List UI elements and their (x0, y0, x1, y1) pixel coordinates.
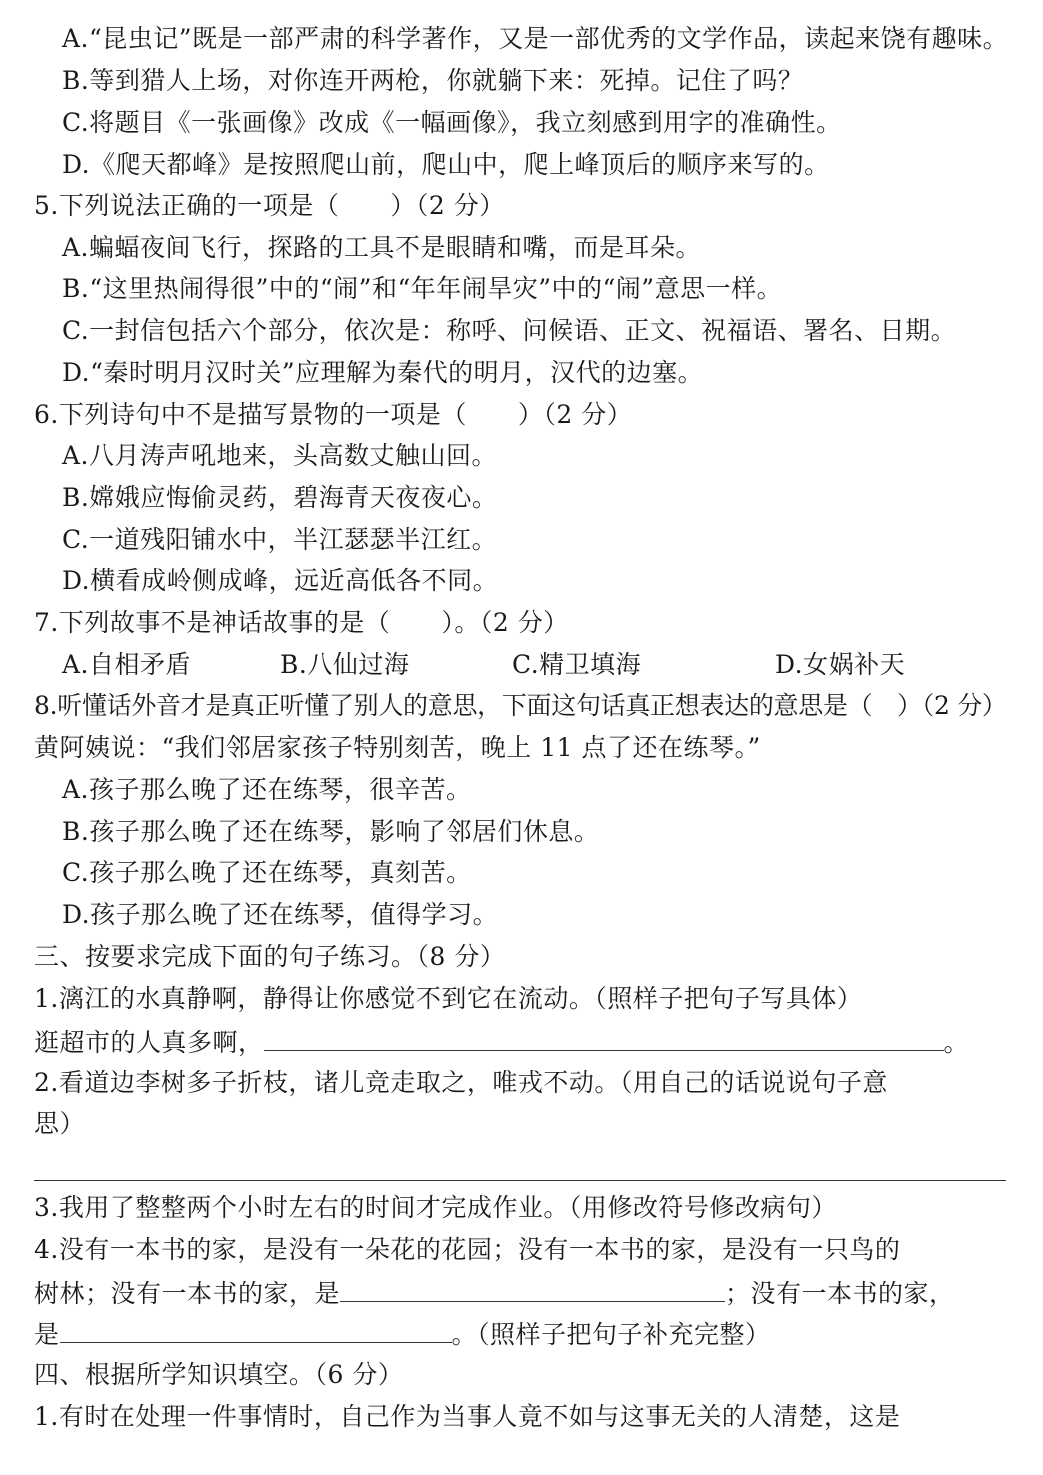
section3-q2-stem-cont: 思） (34, 1109, 85, 1139)
q8-option-a: A.孩子那么晚了还在练琴，很辛苦。 (62, 775, 472, 805)
q6-option-d: D.横看成岭侧成峰，远近高低各不同。 (62, 566, 498, 596)
q7-option-d: D.女娲补天 (775, 650, 905, 680)
section3-q4-line2-prefix: 树林；没有一本书的家，是 (34, 1279, 340, 1308)
section3-q1-answer-line: 逛超市的人真多啊，。 (34, 1026, 969, 1058)
section3-q4-line2: 树林；没有一本书的家，是；没有一本书的家， (34, 1277, 955, 1309)
q6-option-b: B.嫦娥应悔偷灵药，碧海青天夜夜心。 (62, 483, 497, 513)
q8-quote: 黄阿姨说：“我们邻居家孩子特别刻苦，晚上 11 点了还在练琴。” (34, 733, 761, 763)
section3-q4-line3: 是。（照样子把句子补充完整） (34, 1318, 771, 1350)
section3-title: 三、按要求完成下面的句子练习。（8 分） (34, 942, 505, 972)
q4-option-a: A.“昆虫记”既是一部严肃的科学著作，又是一部优秀的文学作品，读起来饶有趣味。 (62, 24, 1008, 54)
q7-option-a: A.自相矛盾 (62, 650, 191, 680)
q4-option-b: B.等到猎人上场，对你连开两枪，你就躺下来：死掉。记住了吗？ (62, 66, 803, 96)
section3-q4-line1: 4.没有一本书的家，是没有一朵花的花园；没有一本书的家，是没有一只鸟的 (34, 1235, 900, 1265)
section3-q1-suffix: 。 (944, 1028, 970, 1057)
section3-q2-answer-blank[interactable] (34, 1180, 1006, 1181)
q8-option-d: D.孩子那么晚了还在练琴，值得学习。 (62, 900, 498, 930)
q5-stem: 5.下列说法正确的一项是（ ）（2 分） (34, 191, 505, 221)
section3-q1-stem: 1.漓江的水真静啊，静得让你感觉不到它在流动。（照样子把句子写具体） (34, 984, 862, 1014)
section3-q4-line2-suffix: ；没有一本书的家， (725, 1279, 955, 1308)
section4-title: 四、根据所学知识填空。（6 分） (34, 1360, 403, 1390)
q7-option-c: C.精卫填海 (512, 650, 641, 680)
q6-stem: 6.下列诗句中不是描写景物的一项是（ ）（2 分） (34, 400, 632, 430)
section3-q4-blank-2[interactable] (60, 1318, 452, 1343)
q8-option-c: C.孩子那么晚了还在练琴，真刻苦。 (62, 858, 472, 888)
section3-q4-line3-suffix: 。（照样子把句子补充完整） (452, 1320, 771, 1349)
section3-q3-stem: 3.我用了整整两个小时左右的时间才完成作业。（用修改符号修改病句） (34, 1193, 837, 1223)
section3-q2-stem: 2.看道边李树多子折枝，诸儿竞走取之，唯戎不动。（用自己的话说说句子意 (34, 1068, 888, 1098)
section4-q1-stem: 1.有时在处理一件事情时，自己作为当事人竟不如与这事无关的人清楚，这是 (34, 1402, 900, 1432)
q8-stem: 8.听懂话外音才是真正听懂了别人的意思，下面这句话真正想表达的意思是（ ）（2 … (34, 691, 1007, 721)
q5-option-b: B.“这里热闹得很”中的“闹”和“年年闹旱灾”中的“闹”意思一样。 (62, 274, 782, 304)
section3-q1-blank[interactable] (264, 1026, 944, 1051)
q7-option-b: B.八仙过海 (280, 650, 409, 680)
q4-option-c: C.将题目《一张画像》改成《一幅画像》，我立刻感到用字的准确性。 (62, 108, 842, 138)
q5-option-a: A.蝙蝠夜间飞行，探路的工具不是眼睛和嘴，而是耳朵。 (62, 233, 701, 263)
q4-option-d: D.《爬天都峰》是按照爬山前，爬山中，爬上峰顶后的顺序来写的。 (62, 150, 830, 180)
section3-q4-line3-prefix: 是 (34, 1320, 60, 1349)
section3-q4-blank-1[interactable] (340, 1277, 725, 1302)
q5-option-d: D.“秦时明月汉时关”应理解为秦代的明月，汉代的边塞。 (62, 358, 703, 388)
q8-option-b: B.孩子那么晚了还在练琴，影响了邻居们休息。 (62, 817, 599, 847)
q7-stem: 7.下列故事不是神话故事的是（ ）。（2 分） (34, 608, 569, 638)
q6-option-a: A.八月涛声吼地来，头高数丈触山回。 (62, 441, 497, 471)
section3-q1-prefix: 逛超市的人真多啊， (34, 1028, 264, 1057)
q6-option-c: C.一道残阳铺水中，半江瑟瑟半江红。 (62, 525, 497, 555)
q5-option-c: C.一封信包括六个部分，依次是：称呼、问候语、正文、祝福语、署名、日期。 (62, 316, 956, 346)
